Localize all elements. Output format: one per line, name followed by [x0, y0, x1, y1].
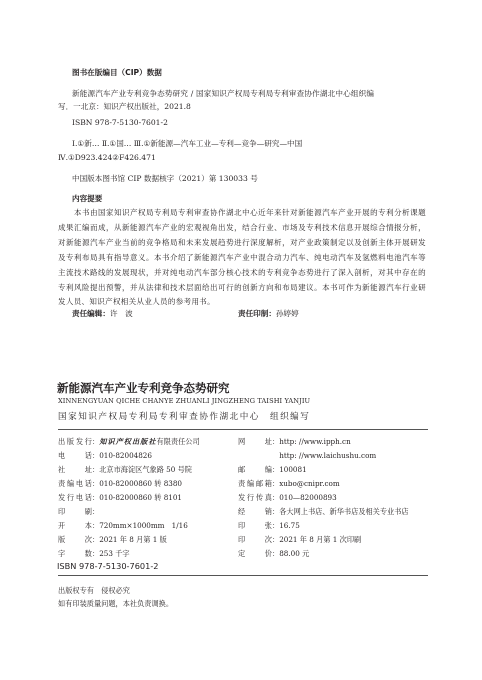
- imprint-label: 字 数: [58, 549, 92, 559]
- imprint-value: 100081: [279, 465, 306, 474]
- imprint-row: 出版发行：知识产权出版社有限责任公司: [58, 437, 200, 447]
- printing-name: 孙婷婷: [276, 309, 299, 318]
- imprint-label: 社 址: [58, 465, 92, 475]
- imprint-value: 253 千字: [99, 549, 129, 558]
- imprint-row: 责编邮箱：xubo@cnipr.com: [238, 479, 340, 489]
- imprint-value: 北京市海淀区气象路 50 号院: [99, 465, 192, 474]
- imprint-label: 经 销: [238, 507, 272, 517]
- imprint-row: 印 刷：: [58, 507, 99, 517]
- imprint-label: 出版发行: [58, 437, 92, 447]
- imprint-value: 2021 年 8 月第 1 次印刷: [279, 535, 361, 544]
- divider-bottom: [58, 575, 428, 576]
- imprint-label: 开 本: [58, 521, 92, 531]
- responsible-editor: 责任编辑：许 波: [72, 308, 133, 319]
- imprint-isbn: ISBN 978-7-5130-7601-2: [57, 561, 159, 571]
- imprint-value: 010-82000860 转 8380: [99, 479, 182, 488]
- imprint-label: 发行传真: [238, 493, 272, 503]
- imprint-row: 印 张：16.75: [238, 521, 300, 531]
- imprint-label: 版 次: [58, 535, 92, 545]
- cip-record-line2: 写．一北京：知识产权出版社，2021.8: [58, 101, 191, 112]
- editor-name: 许 波: [110, 309, 133, 318]
- imprint-value: 88.00 元: [279, 549, 309, 558]
- cip-classification-line2: Ⅳ.①D923.424②F426.471: [58, 152, 156, 163]
- imprint-value: 720mm×1000mm 1/16: [99, 521, 188, 530]
- imprint-value: 16.75: [279, 521, 300, 530]
- imprint-value: 010—82000893: [279, 493, 337, 502]
- imprint-label: 邮 编: [238, 465, 272, 475]
- imprint-row: 版 次：2021 年 8 月第 1 版: [58, 535, 167, 545]
- imprint-label: 印 次: [238, 535, 272, 545]
- book-pinyin: XINNENGYUAN QICHE CHANYE ZHUANLI JINGZHE…: [58, 397, 310, 405]
- cip-number: 中国版本图书馆 CIP 数据核字（2021）第 130033 号: [72, 173, 258, 184]
- email-link[interactable]: xubo@cnipr.com: [279, 479, 339, 488]
- imprint-row: 发行传真：010—82000893: [238, 493, 337, 503]
- editor-label: 责任编辑：: [72, 309, 110, 318]
- imprint-label: 印 刷: [58, 507, 92, 517]
- imprint-row: 经 销：各大网上书店、新华书店及相关专业书店: [238, 507, 409, 517]
- cip-record-line1: 新能源汽车产业专利竞争态势研究 / 国家知识产权局专利局专利审查协作湖北中心组织…: [72, 88, 374, 99]
- imprint-value: 010-82000860 转 8101: [99, 493, 182, 502]
- printing-label: 责任印制：: [238, 309, 276, 318]
- book-title: 新能源汽车产业专利竞争态势研究: [57, 380, 230, 396]
- imprint-row: 印 次：2021 年 8 月第 1 次印刷: [238, 535, 361, 545]
- website-link[interactable]: http: //www.laichushu.com: [279, 451, 376, 460]
- imprint-row: ：http: //www.laichushu.com: [238, 451, 376, 461]
- book-author: 国家知识产权局专利局专利审查协作湖北中心 组织编写: [58, 410, 310, 422]
- imprint-label: 印 张: [238, 521, 272, 531]
- publisher-logo-text: 知识产权出版社: [99, 437, 156, 446]
- imprint-label: 电 话: [58, 451, 92, 461]
- website-link[interactable]: http: //www.ipph.cn: [279, 437, 351, 446]
- divider-top: [58, 429, 428, 430]
- imprint-value: 010-82004826: [99, 451, 152, 460]
- imprint-row: 责编电话：010-82000860 转 8380: [58, 479, 182, 489]
- imprint-value: 2021 年 8 月第 1 版: [99, 535, 167, 544]
- imprint-value: 各大网上书店、新华书店及相关专业书店: [279, 507, 408, 516]
- quality-notice: 如有印装质量问题，本社负责调换。: [58, 599, 173, 609]
- imprint-row: 字 数：253 千字: [58, 549, 130, 559]
- summary-text: 本书由国家知识产权局专利局专利审查协作湖北中心近年来针对新能源汽车产业开展的专利…: [58, 206, 426, 310]
- imprint-label: 责编邮箱: [238, 479, 272, 489]
- rights-statement: 出版权专有 侵权必究: [58, 586, 130, 596]
- imprint-row: 发行电话：010-82000860 转 8101: [58, 493, 182, 503]
- imprint-row: 电 话：010-82004826: [58, 451, 152, 461]
- imprint-label: 定 价: [238, 549, 272, 559]
- imprint-value: 有限责任公司: [157, 437, 200, 446]
- imprint-row: 邮 编：100081: [238, 465, 307, 475]
- summary-heading: 内容提要: [72, 193, 102, 204]
- cip-classification-line1: Ⅰ.①新… Ⅱ.①国… Ⅲ.①新能源—汽车工业—专利—竞争—研究—中国: [72, 138, 302, 149]
- imprint-row: 开 本：720mm×1000mm 1/16: [58, 521, 188, 531]
- responsible-printing: 责任印制：孙婷婷: [238, 308, 299, 319]
- imprint-row: 网 址：http: //www.ipph.cn: [238, 437, 351, 447]
- cip-isbn: ISBN 978-7-5130-7601-2: [72, 117, 168, 128]
- imprint-label: 网 址: [238, 437, 272, 447]
- imprint-label: 责编电话: [58, 479, 92, 489]
- imprint-row: 定 价：88.00 元: [238, 549, 309, 559]
- cip-heading: 图书在版编目（CIP）数据: [72, 67, 162, 78]
- imprint-label: 发行电话: [58, 493, 92, 503]
- imprint-row: 社 址：北京市海淀区气象路 50 号院: [58, 465, 192, 475]
